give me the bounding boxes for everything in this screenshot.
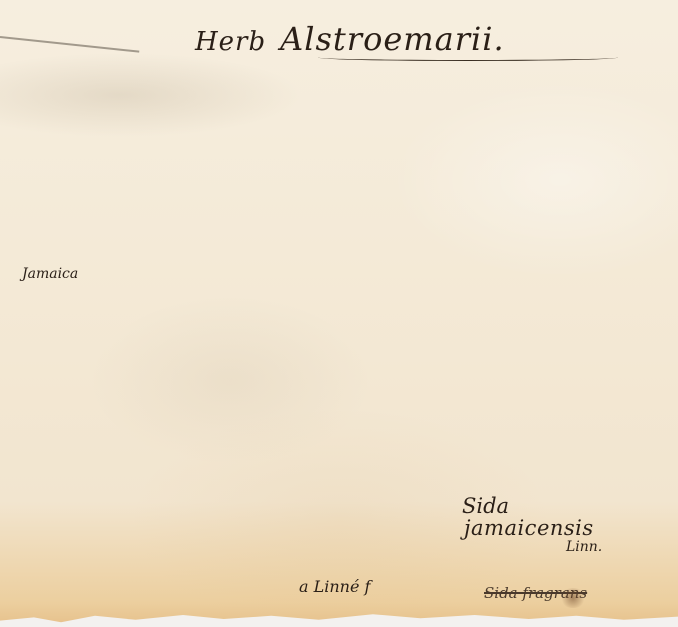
species-genus: Sida [462,494,509,518]
ink-blot [560,588,586,608]
herbarium-sheet: HerbAlstroemarii. Jamaica Sida jamaicens… [0,0,678,627]
collector-label: a Linné f [299,577,370,596]
title-prefix: Herb [195,27,266,57]
herbarium-title: HerbAlstroemarii. [195,20,505,58]
paper-crease [0,36,139,53]
locality-label: Jamaica [22,266,78,282]
title-underline [318,54,618,61]
species-epithet: jamaicensis [464,516,594,540]
species-authority: Linn. [566,539,602,555]
title-genus: Alstroemarii. [280,20,504,58]
torn-bottom-edge [0,611,678,627]
